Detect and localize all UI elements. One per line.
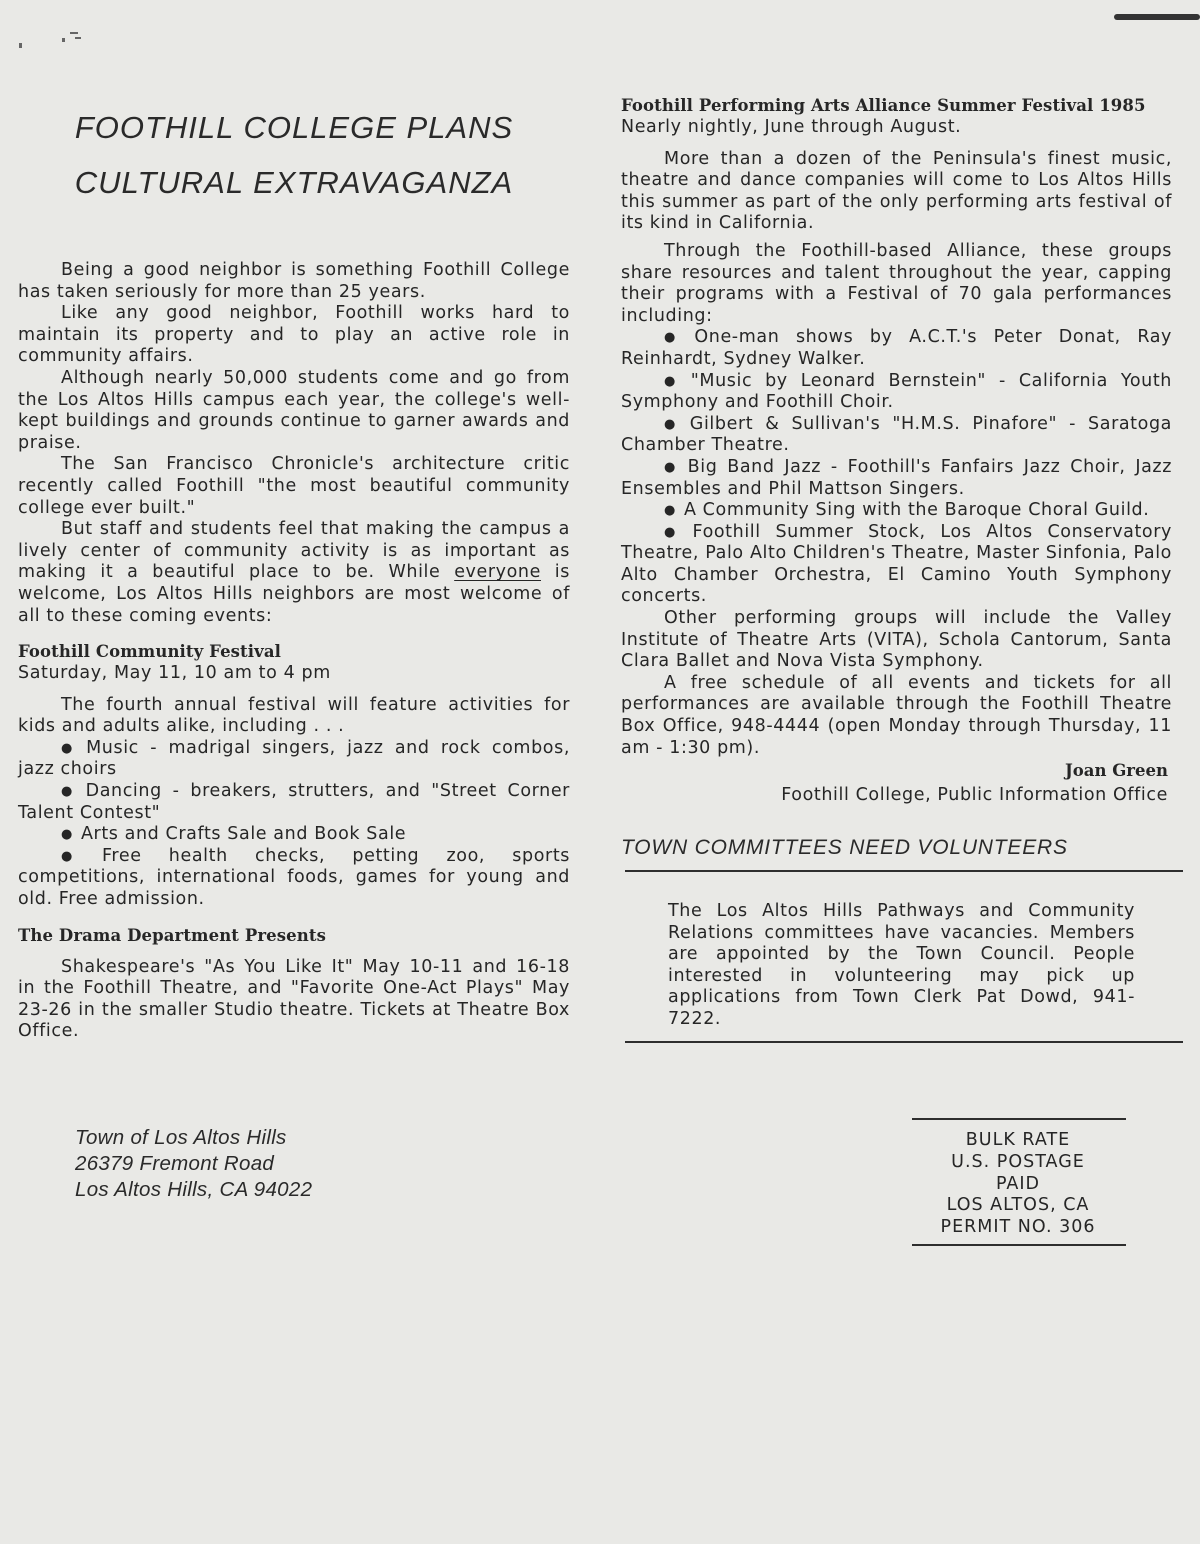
summer-festival-paragraph: A free schedule of all events and ticket… [621,673,1172,759]
indicia-top-rule [912,1118,1126,1120]
intro-paragraph: Although nearly 50,000 students come and… [18,368,570,454]
community-festival-date: Saturday, May 11, 10 am to 4 pm [18,663,570,685]
indicia-line: BULK RATE [912,1130,1124,1152]
indicia-line: U.S. POSTAGE [912,1152,1124,1174]
return-address-line: Los Altos Hills, CA 94022 [75,1177,312,1203]
summer-festival-paragraph: Other performing groups will include the… [621,608,1172,673]
summer-bullet: One-man shows by A.C.T.'s Peter Donat, R… [621,327,1172,370]
spacer [18,627,570,641]
drama-title: The Drama Department Presents [18,925,570,947]
community-festival-intro: The fourth annual festival will feature … [18,695,570,738]
indicia-line: LOS ALTOS, CA [912,1195,1124,1217]
summer-festival-title: Foothill Performing Arts Alliance Summer… [621,95,1172,117]
summer-festival-paragraph: More than a dozen of the Peninsula's fin… [621,149,1172,235]
summer-bullet: "Music by Leonard Bernstein" - Californi… [621,371,1172,414]
drama-body: Shakespeare's "As You Like It" May 10-11… [18,957,570,1043]
summer-bullet: Gilbert & Sullivan's "H.M.S. Pinafore" -… [621,414,1172,457]
return-address: Town of Los Altos Hills 26379 Fremont Ro… [75,1125,312,1203]
emphasis-everyone: everyone [454,562,541,582]
summer-bullet: A Community Sing with the Baroque Choral… [621,500,1172,522]
right-column: Foothill Performing Arts Alliance Summer… [621,95,1172,807]
festival-bullet: Music - madrigal singers, jazz and rock … [18,738,570,781]
scan-speck [70,32,78,34]
signature-name: Joan Green [621,759,1172,783]
spacer [18,685,570,695]
volunteers-title: TOWN COMMITTEES NEED VOLUNTEERS [621,836,1068,860]
intro-paragraph: Like any good neighbor, Foothill works h… [18,303,570,368]
summer-festival-subtitle: Nearly nightly, June through August. [621,117,1172,139]
headline-line-1: FOOTHILL COLLEGE PLANS [75,110,513,145]
postage-indicia: BULK RATE U.S. POSTAGE PAID LOS ALTOS, C… [912,1130,1124,1239]
spacer [18,911,570,925]
volunteers-bottom-rule [625,1041,1183,1043]
left-column: FOOTHILL COLLEGE PLANS CULTURAL EXTRAVAG… [18,100,570,1043]
festival-bullet: Free health checks, petting zoo, sports … [18,846,570,911]
indicia-line: PAID [912,1174,1124,1196]
community-festival-title: Foothill Community Festival [18,641,570,663]
headline-line-2: CULTURAL EXTRAVAGANZA [75,165,513,200]
signature-office: Foothill College, Public Information Off… [621,783,1172,807]
scan-speck [75,37,81,39]
summer-bullet: Big Band Jazz - Foothill's Fanfairs Jazz… [621,457,1172,500]
spacer [621,139,1172,149]
indicia-line: PERMIT NO. 306 [912,1217,1124,1239]
intro-paragraph: The San Francisco Chronicle's architectu… [18,454,570,519]
intro-paragraph: But staff and students feel that making … [18,519,570,627]
indicia-bottom-rule [912,1244,1126,1246]
volunteers-top-rule [625,870,1183,872]
scan-speck [62,38,65,42]
festival-bullet: Arts and Crafts Sale and Book Sale [18,824,570,846]
return-address-line: 26379 Fremont Road [75,1151,312,1177]
festival-bullet: Dancing - breakers, strutters, and "Stre… [18,781,570,824]
scan-edge-mark [1114,14,1200,20]
intro-paragraph: Being a good neighbor is something Footh… [18,260,570,303]
scan-speck [19,43,22,48]
volunteers-body: The Los Altos Hills Pathways and Communi… [668,901,1135,1031]
article-headline: FOOTHILL COLLEGE PLANS CULTURAL EXTRAVAG… [18,100,570,210]
spacer [18,947,570,957]
summer-festival-paragraph: Through the Foothill-based Alliance, the… [621,241,1172,327]
return-address-line: Town of Los Altos Hills [75,1125,312,1151]
summer-bullet: Foothill Summer Stock, Los Altos Conserv… [621,522,1172,608]
